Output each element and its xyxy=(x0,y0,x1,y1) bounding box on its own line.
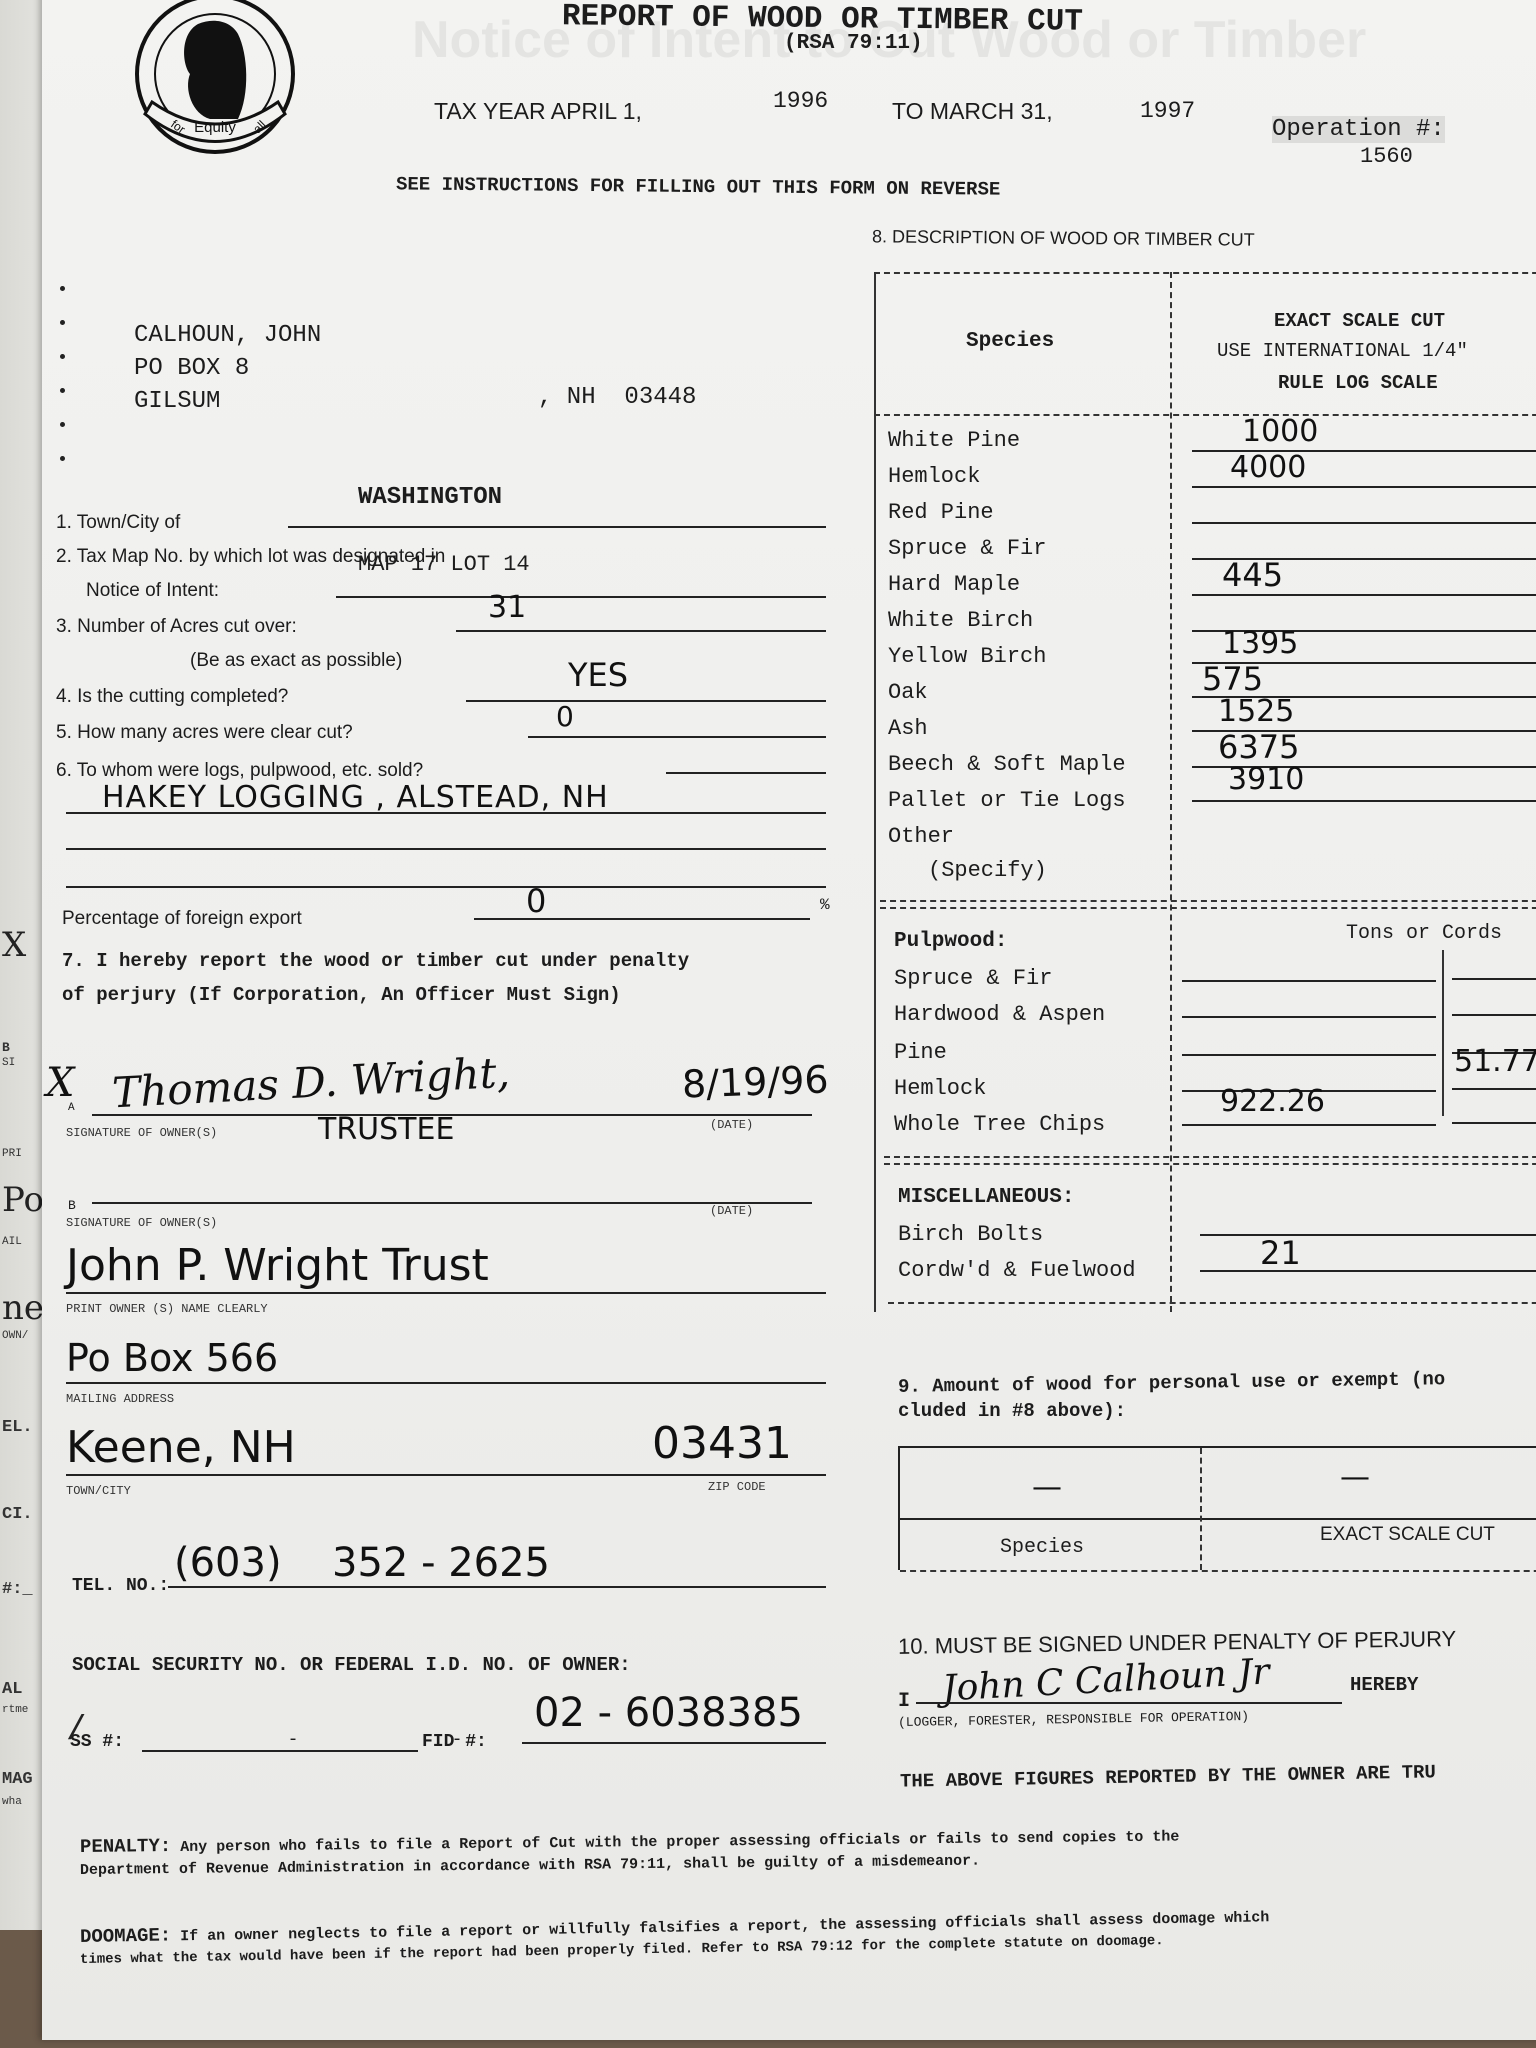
margin-dot xyxy=(60,456,65,461)
underlying-fragment: EL. xyxy=(2,1418,33,1437)
svg-text:Equity: Equity xyxy=(194,119,236,136)
address-city: GILSUM xyxy=(134,388,220,415)
logger-signature-caption: (LOGGER, FORESTER, RESPONSIBLE FOR OPERA… xyxy=(898,1709,1249,1730)
header-separator xyxy=(874,414,1536,416)
section9-row-divider xyxy=(900,1518,1536,1520)
clear-cut-acres-value[interactable]: 0 xyxy=(556,700,574,733)
signature-a-caption: SIGNATURE OF OWNER(S) xyxy=(66,1126,217,1140)
section9-title-line1: 9. Amount of wood for personal use or ex… xyxy=(898,1368,1446,1398)
ss-number-line xyxy=(142,1750,418,1752)
pulpwood-tons-line[interactable] xyxy=(1182,1016,1436,1018)
sawlog-species-specify: (Specify) xyxy=(928,858,1047,883)
telephone-label: TEL. NO.: xyxy=(72,1576,169,1596)
mailing-address-caption: MAILING ADDRESS xyxy=(66,1392,174,1406)
acres-cut-field-line xyxy=(456,630,826,632)
sold-to-field-line-4 xyxy=(66,886,826,888)
town-city-label: 1. Town/City of xyxy=(56,512,180,534)
penalty-paragraph: PENALTY: Any person who fails to file a … xyxy=(80,1824,1180,1858)
print-owner-name[interactable]: John P. Wright Trust xyxy=(66,1240,489,1291)
signature-b-line[interactable] xyxy=(92,1202,812,1204)
section9-table: — — Species EXACT SCALE CUT xyxy=(898,1446,1536,1570)
pulpwood-cords-line[interactable] xyxy=(1452,1088,1536,1090)
pulpwood-species: Spruce & Fir xyxy=(894,966,1052,991)
cutting-completed-value[interactable]: YES xyxy=(568,656,628,694)
signature-b-caption: SIGNATURE OF OWNER(S) xyxy=(66,1216,217,1230)
sawlog-species: Red Pine xyxy=(888,500,994,525)
foreign-export-value[interactable]: 0 xyxy=(526,882,546,920)
cutting-completed-field-line xyxy=(466,700,826,702)
address-state-zip: , NH 03448 xyxy=(538,384,696,411)
pulpwood-tons-line[interactable] xyxy=(1182,1054,1436,1056)
pulpwood-cords-line[interactable] xyxy=(1452,1014,1536,1016)
sawlog-species: Oak xyxy=(888,680,928,705)
fuelwood-line xyxy=(1200,1270,1536,1272)
misc-label: MISCELLANEOUS: xyxy=(898,1186,1074,1209)
owner-town-city-value[interactable]: Keene, NH xyxy=(66,1422,296,1473)
instructions-note: SEE INSTRUCTIONS FOR FILLING OUT THIS FO… xyxy=(396,173,1000,200)
underlying-fragment: X xyxy=(2,925,26,965)
sawlog-line xyxy=(1192,486,1536,488)
sawlog-species: Yellow Birch xyxy=(888,644,1046,669)
operation-number: 1560 xyxy=(1360,144,1413,169)
scale-column-header-1: EXACT SCALE CUT xyxy=(1274,310,1445,332)
section10-prefix: I xyxy=(898,1690,910,1713)
perjury-statement-line2: of perjury (If Corporation, An Officer M… xyxy=(62,984,621,1006)
sawlog-value[interactable]: 6375 xyxy=(1218,728,1299,766)
sawlog-species: White Birch xyxy=(888,608,1033,633)
pulpwood-label: Pulpwood: xyxy=(894,930,1007,953)
date-b-caption: (DATE) xyxy=(710,1204,753,1218)
logger-signature-line xyxy=(916,1702,1342,1704)
underlying-fragment: OWN/ xyxy=(2,1330,28,1342)
pine-cords-value[interactable]: 51.77 xyxy=(1454,1044,1536,1079)
sawlog-line xyxy=(1192,522,1536,524)
sawlog-species: Hard Maple xyxy=(888,572,1020,597)
sawlog-line xyxy=(1192,594,1536,596)
section10-certification: THE ABOVE FIGURES REPORTED BY THE OWNER … xyxy=(900,1761,1436,1792)
telephone-area-code[interactable]: (603) xyxy=(174,1540,282,1586)
sawlog-line xyxy=(1192,800,1536,802)
section9-scale-header: EXACT SCALE CUT xyxy=(1320,1524,1495,1546)
ssn-fid-label: SOCIAL SECURITY NO. OR FEDERAL I.D. NO. … xyxy=(72,1654,631,1676)
logger-signature[interactable]: John C Calhoun Jr xyxy=(941,1651,1270,1709)
scale-column-header-2: USE INTERNATIONAL 1/4" xyxy=(1217,340,1468,362)
misc-species: Birch Bolts xyxy=(898,1222,1043,1247)
owner-zip-value[interactable]: 03431 xyxy=(652,1418,792,1469)
clear-cut-acres-label: 5. How many acres were clear cut? xyxy=(56,722,353,744)
margin-dot xyxy=(60,286,65,291)
sawlog-value[interactable]: 3910 xyxy=(1228,762,1304,797)
signature-b-letter: B xyxy=(68,1198,76,1213)
underlying-fragment: #:_ xyxy=(2,1580,33,1599)
ss-strike-mark: / xyxy=(66,1712,86,1750)
address-street: PO BOX 8 xyxy=(134,355,249,382)
sawlog-value[interactable]: 4000 xyxy=(1230,450,1306,485)
penalty-label: PENALTY: xyxy=(80,1835,171,1858)
cutting-completed-label: 4. Is the cutting completed? xyxy=(56,686,288,708)
tax-year-end: 1997 xyxy=(1140,98,1195,124)
department-seal-icon: Equity for all xyxy=(120,0,310,170)
underlying-fragment: AIL xyxy=(2,1236,22,1248)
penalty-text-1: Any person who fails to file a Report of… xyxy=(180,1828,1179,1855)
section9-species-header: Species xyxy=(1000,1536,1084,1559)
table-bottom-border xyxy=(888,1302,1536,1304)
pulpwood-tons-line[interactable] xyxy=(1182,980,1436,982)
acres-cut-label: 3. Number of Acres cut over: xyxy=(56,616,297,638)
pulpwood-species: Hemlock xyxy=(894,1076,986,1101)
telephone-line xyxy=(168,1586,826,1588)
signature-mark-x: X xyxy=(46,1060,74,1106)
mailing-address-value[interactable]: Po Box 566 xyxy=(66,1336,278,1380)
sawlog-species: Spruce & Fir xyxy=(888,536,1046,561)
perjury-statement-line1: 7. I hereby report the wood or timber cu… xyxy=(62,950,689,972)
section10-hereby: HEREBY xyxy=(1350,1674,1418,1696)
pulpwood-units-header: Tons or Cords xyxy=(1346,922,1502,945)
tax-year-mid: TO MARCH 31, xyxy=(892,98,1053,125)
section9-column-divider xyxy=(1200,1448,1202,1570)
underlying-fragment: Po xyxy=(2,1180,44,1220)
sawlog-species: Hemlock xyxy=(888,464,980,489)
date-a-caption: (DATE) xyxy=(710,1118,753,1132)
sawlog-species-other: Other xyxy=(888,824,954,849)
species-column-header: Species xyxy=(966,330,1054,353)
scale-column-header-3: RULE LOG SCALE xyxy=(1278,372,1438,394)
section9-species-value[interactable]: — xyxy=(1032,1470,1062,1505)
town-city-caption: TOWN/CITY xyxy=(66,1484,131,1498)
sold-to-field-line-3 xyxy=(66,848,826,850)
underlying-fragment: wha xyxy=(2,1796,22,1808)
percent-sign: % xyxy=(820,896,830,914)
section9-bottom-border xyxy=(900,1570,1536,1572)
acres-cut-value[interactable]: 31 xyxy=(488,590,526,625)
sawlog-value[interactable]: 445 xyxy=(1222,556,1283,594)
sawlog-value[interactable]: 1395 xyxy=(1222,626,1298,661)
sawlog-species: Pallet or Tie Logs xyxy=(888,788,1126,813)
telephone-number[interactable]: 352 - 2625 xyxy=(332,1540,550,1586)
fid-number-value[interactable]: 02 - 6038385 xyxy=(534,1690,803,1736)
signature-a-letter: A xyxy=(68,1102,75,1114)
underlying-fragment: B xyxy=(2,1040,10,1055)
tons-cords-divider xyxy=(1442,950,1444,1116)
form-page: Notice of Intent to Cut Wood or Timber E… xyxy=(42,0,1536,2040)
section9-title-line2: cluded in #8 above): xyxy=(898,1400,1126,1422)
pulpwood-tons-line[interactable] xyxy=(1182,1124,1436,1126)
sawlog-species: Ash xyxy=(888,716,928,741)
print-name-caption: PRINT OWNER (S) NAME CLEARLY xyxy=(66,1302,268,1316)
table-left-border xyxy=(874,272,876,1312)
section8-title: 8. DESCRIPTION OF WOOD OR TIMBER CUT xyxy=(872,226,1255,250)
pulpwood-species: Hardwood & Aspen xyxy=(894,1002,1105,1027)
owner-signature-date-a[interactable]: 8/19/96 xyxy=(681,1057,829,1106)
underlying-fragment: CI. xyxy=(2,1505,33,1524)
sold-to-field-line-1 xyxy=(666,772,826,774)
margin-dot xyxy=(60,422,65,427)
ss-number-value[interactable]: - - xyxy=(222,1730,550,1750)
pulpwood-cords-line[interactable] xyxy=(1452,1122,1536,1124)
pulpwood-cords-line[interactable] xyxy=(1452,978,1536,980)
margin-dot xyxy=(60,388,65,393)
pulpwood-species: Whole Tree Chips xyxy=(894,1112,1105,1137)
operation-label: Operation #: xyxy=(1272,116,1445,143)
sold-to-label: 6. To whom were logs, pulpwood, etc. sol… xyxy=(56,760,423,782)
underlying-fragment: rtme xyxy=(2,1704,28,1716)
signature-a-line xyxy=(92,1114,812,1116)
print-name-line xyxy=(66,1292,826,1294)
margin-dot xyxy=(60,354,65,359)
foreign-export-label: Percentage of foreign export xyxy=(62,908,302,930)
tax-map-value[interactable]: MAP 17 LOT 14 xyxy=(358,552,530,577)
underlying-fragment: ne xyxy=(2,1288,44,1328)
underlying-fragment: MAG xyxy=(2,1770,33,1789)
zip-code-caption: ZIP CODE xyxy=(708,1480,766,1494)
table-top-border xyxy=(874,272,1536,274)
doomage-label: DOOMAGE: xyxy=(80,1924,172,1948)
sold-to-value[interactable]: HAKEY LOGGING , ALSTEAD, NH xyxy=(102,780,609,815)
tax-map-field-line xyxy=(336,596,826,598)
owner-signature-title: TRUSTEE xyxy=(318,1112,454,1147)
misc-species: Cordw'd & Fuelwood xyxy=(898,1258,1136,1283)
birch-bolts-line[interactable] xyxy=(1200,1234,1536,1236)
pulpwood-species: Pine xyxy=(894,1040,947,1065)
sold-to-field-line-2 xyxy=(66,812,826,814)
sawlog-value[interactable]: 575 xyxy=(1202,660,1263,698)
acres-cut-note: (Be as exact as possible) xyxy=(190,650,402,672)
fid-label: FID #: xyxy=(422,1732,487,1752)
tax-map-label-line2: Notice of Intent: xyxy=(86,580,219,602)
address-name: CALHOUN, JOHN xyxy=(134,322,321,349)
tax-year-prefix: TAX YEAR APRIL 1, xyxy=(434,98,642,125)
town-zip-line xyxy=(66,1474,826,1476)
sawlog-species: Beech & Soft Maple xyxy=(888,752,1126,777)
whole-tree-chips-tons-value[interactable]: 922.26 xyxy=(1220,1084,1325,1119)
town-city-value[interactable]: WASHINGTON xyxy=(358,484,502,511)
misc-separator xyxy=(884,1156,1536,1165)
pulpwood-separator xyxy=(880,900,1536,909)
owner-signature-a[interactable]: Thomas D. Wright, xyxy=(111,1048,511,1118)
section9-scale-value[interactable]: — xyxy=(1340,1460,1370,1495)
fid-number-line xyxy=(522,1742,826,1744)
tax-year-start: 1996 xyxy=(773,88,828,114)
margin-dot xyxy=(60,320,65,325)
sawlog-value[interactable]: 1000 xyxy=(1242,414,1318,449)
foreign-export-field-line xyxy=(474,918,810,920)
fuelwood-value[interactable]: 21 xyxy=(1260,1234,1301,1272)
statute-reference: (RSA 79:11) xyxy=(784,32,923,55)
sawlog-species: White Pine xyxy=(888,428,1020,453)
underlying-fragment: AL xyxy=(2,1680,22,1699)
section10-title: 10. MUST BE SIGNED UNDER PENALTY OF PERJ… xyxy=(898,1626,1457,1660)
town-city-field-line xyxy=(288,526,826,528)
underlying-fragment: PRI xyxy=(2,1148,22,1160)
underlying-fragment: SI xyxy=(2,1057,15,1069)
mailing-address-line xyxy=(66,1382,826,1384)
clear-cut-acres-field-line xyxy=(528,736,826,738)
sawlog-value[interactable]: 1525 xyxy=(1218,694,1294,729)
